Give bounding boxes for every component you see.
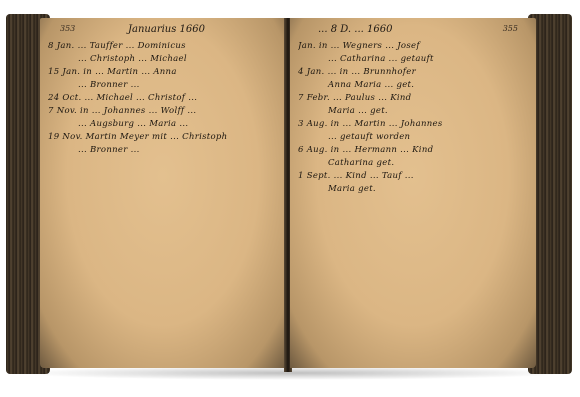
handwritten-line: 4 Jan. ... in ... Brunnhofer [298,66,530,79]
handwritten-line: 8 Jan. ... Tauffer ... Dominicus [48,40,280,53]
handwritten-line: Maria ... get. [298,105,530,118]
handwritten-line: 24 Oct. ... Michael ... Christof ... [48,92,280,105]
left-page-heading: Januarius 1660 [128,24,205,35]
handwritten-line: 15 Jan. in ... Martin ... Anna [48,66,280,79]
handwritten-line: Catharina get. [298,157,530,170]
handwritten-line: ... Bronner ... [48,79,280,92]
handwritten-line: ... Christoph ... Michael [48,53,280,66]
right-page-text: Jan. in ... Wegners ... Josef... Cathari… [298,40,530,196]
right-page-number: 355 [503,24,518,33]
right-page-heading: ... 8 D. ... 1660 [318,24,392,35]
right-page: 355 ... 8 D. ... 1660 Jan. in ... Wegner… [290,18,536,368]
handwritten-line: ... Catharina ... getauft [298,53,530,66]
handwritten-line: Maria get. [298,183,530,196]
handwritten-line: Jan. in ... Wegners ... Josef [298,40,530,53]
handwritten-line: 6 Aug. in ... Hermann ... Kind [298,144,530,157]
handwritten-line: ... getauft worden [298,131,530,144]
handwritten-line: Anna Maria ... get. [298,79,530,92]
handwritten-line: 19 Nov. Martin Meyer mit ... Christoph [48,131,280,144]
handwritten-line: 1 Sept. ... Kind ... Tauf ... [298,170,530,183]
left-page-text: 8 Jan. ... Tauffer ... Dominicus... Chri… [48,40,280,157]
handwritten-line: ... Augsburg ... Maria ... [48,118,280,131]
left-page-number: 353 [60,24,75,33]
handwritten-line: 3 Aug. in ... Martin ... Johannes [298,118,530,131]
handwritten-line: 7 Febr. ... Paulus ... Kind [298,92,530,105]
left-page: 353 Januarius 1660 8 Jan. ... Tauffer ..… [40,18,286,368]
handwritten-line: 7 Nov. in ... Johannes ... Wolff ... [48,105,280,118]
open-book: 353 Januarius 1660 8 Jan. ... Tauffer ..… [6,14,572,374]
handwritten-line: ... Bronner ... [48,144,280,157]
